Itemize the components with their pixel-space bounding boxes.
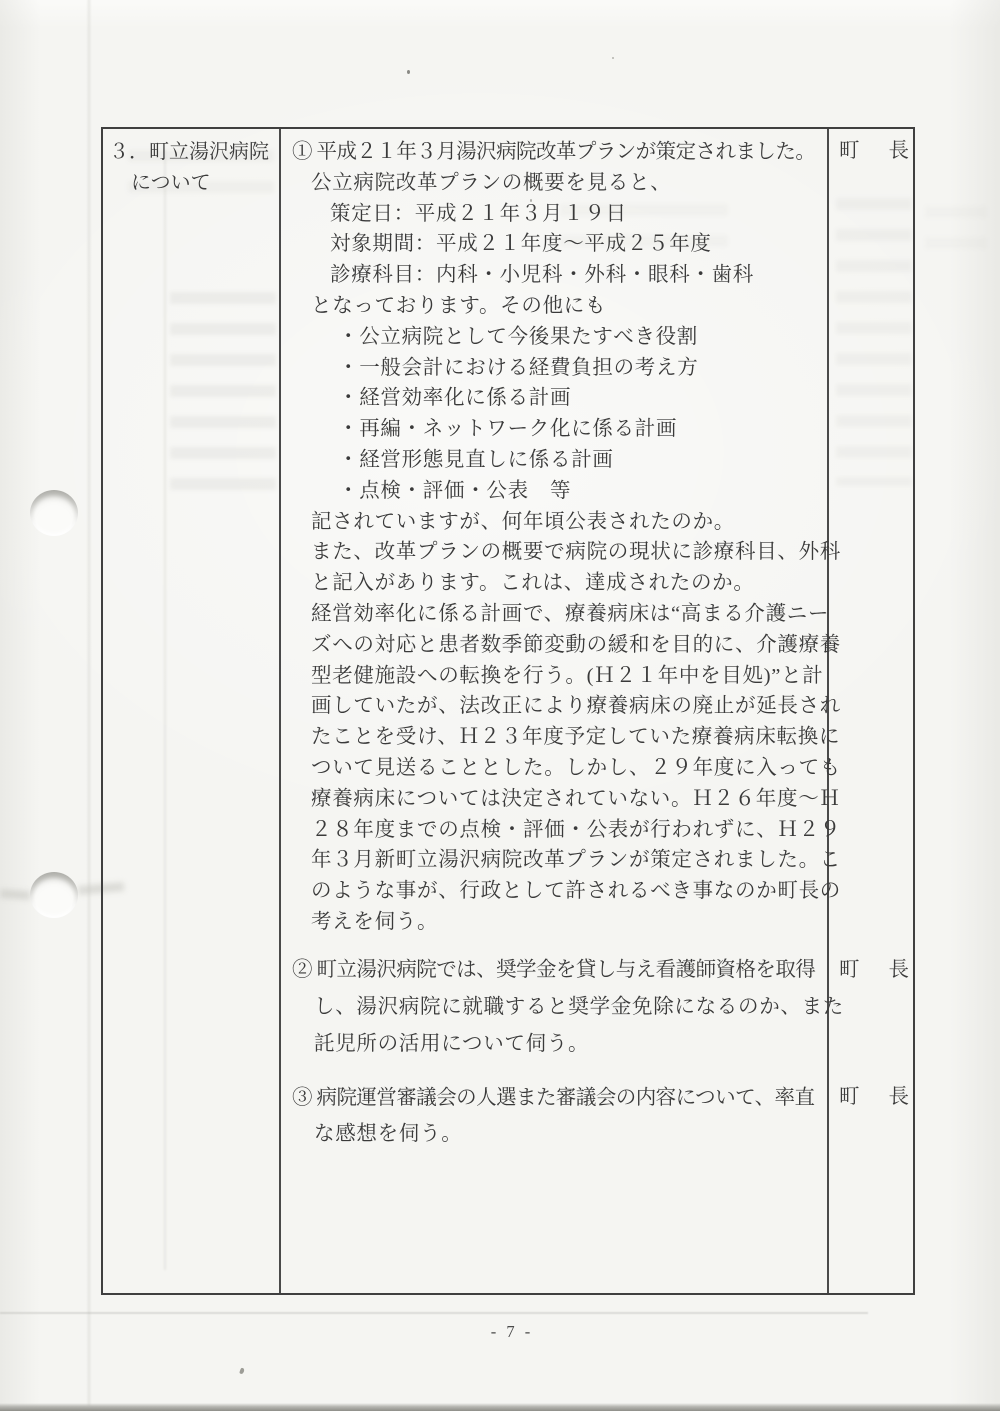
question-line: ② 町立湯沢病院では、奨学金を貸し与え看護師資格を取得 [281,952,827,989]
show-through-text [925,206,987,264]
bullet-line: ・経営効率化に係る計画 [281,383,827,414]
respondent-char: 町 [839,951,860,989]
question-line: 託児所の活用について伺う。 [281,1026,827,1063]
topic-cell: ３．町立湯沢病院 について [103,137,277,199]
paper-crease-vertical [86,0,92,1411]
question-line: ① 平成２１年３月湯沢病院改革プランが策定されました。 [281,137,827,168]
question-line: ついて見送ることとした。しかし、２９年度に入っても [281,753,827,784]
respondent-label-q3: 町 長 [829,1079,913,1116]
bullet-line: ・一般会計における経費負担の考え方 [281,353,827,384]
question-line: また、改革プランの概要で病院の現状に診療科目、外科 [281,537,827,568]
question-line: 経営効率化に係る計画で、療養病床は“高まる介護ニー [281,599,827,630]
question-line: 記されていますが、何年頃公表されたのか。 [281,507,827,538]
question-line: 型老健施設への転換を行う。(Ｈ２１年中を目処)”と計 [281,661,827,692]
question-line: ２８年度までの点検・評価・公表が行われずに、Ｈ２９ [281,815,827,846]
question-2-cell: ② 町立湯沢病院では、奨学金を貸し与え看護師資格を取得 し、湯沢病院に就職すると… [281,952,827,1063]
paper-crease-left-of-hole [0,889,30,900]
question-3-cell: ③ 病院運営審議会の人選また審議会の内容について、率直 な感想を伺う。 [281,1080,827,1152]
question-line: と記入があります。これは、達成されたのか。 [281,568,827,599]
question-line: ③ 病院運営審議会の人選また審議会の内容について、率直 [281,1080,827,1116]
question-line: し、湯沢病院に就職すると奨学金免除になるのか、また [281,989,827,1026]
topic-title-line2: について [103,168,277,199]
question-line: たことを受け、Ｈ２３年度予定していた療養病床転換に [281,722,827,753]
question-line: 公立病院改革プランの概要を見ると、 [281,168,827,199]
paper-crease-horizontal [0,1312,868,1314]
question-line: 策定日：平成２１年３月１９日 [281,199,827,230]
question-line: 画していたが、法改正により療養病床の廃止が延長され [281,691,827,722]
question-1-cell: ① 平成２１年３月湯沢病院改革プランが策定されました。 公立病院改革プランの概要… [281,137,827,938]
question-line: ズへの対応と患者数季節変動の緩和を目的に、介護療養 [281,630,827,661]
question-line: となっております。その他にも [281,291,827,322]
bullet-line: ・再編・ネットワーク化に係る計画 [281,414,827,445]
question-line: のような事が、行政として許されるべき事なのか町長の [281,876,827,907]
scan-speck [612,57,614,59]
question-line: 対象期間：平成２１年度～平成２５年度 [281,229,827,260]
question-line: 年３月新町立湯沢病院改革プランが策定されました。こ [281,845,827,876]
scan-speck [239,1367,245,1374]
bullet-line: ・点検・評価・公表 等 [281,476,827,507]
question-line: な感想を伺う。 [281,1116,827,1152]
respondent-char: 長 [889,951,910,989]
punch-hole-bottom [30,872,78,918]
topic-title-line1: ３．町立湯沢病院 [103,137,277,168]
scan-speck [407,70,410,74]
paper-background: ３．町立湯沢病院 について ① 平成２１年３月湯沢病院改革プランが策定されました… [0,0,1000,1411]
question-line: 考えを伺う。 [281,907,827,938]
respondent-char: 長 [889,1079,910,1116]
respondent-char: 長 [889,135,910,168]
respondent-label-q2: 町 長 [829,951,913,989]
punch-hole-top [30,490,78,536]
scan-edge-bottom [0,1403,1000,1411]
question-line: 療養病床については決定されていない。Ｈ２６年度～Ｈ [281,784,827,815]
respondent-char: 町 [839,1079,860,1116]
question-line: 診療科目：内科・小児科・外科・眼科・歯科 [281,260,827,291]
question-table: ３．町立湯沢病院 について ① 平成２１年３月湯沢病院改革プランが策定されました… [101,127,915,1295]
bullet-line: ・経営形態見直しに係る計画 [281,445,827,476]
scanned-document-page: { "colors": { "paper": "#f5f5f2", "ink":… [0,0,1000,1411]
page-number: - 7 - [452,1322,572,1342]
respondent-label-q1: 町 長 [829,135,913,168]
bullet-line: ・公立病院として今後果たすべき役割 [281,322,827,353]
respondent-char: 町 [839,135,860,168]
